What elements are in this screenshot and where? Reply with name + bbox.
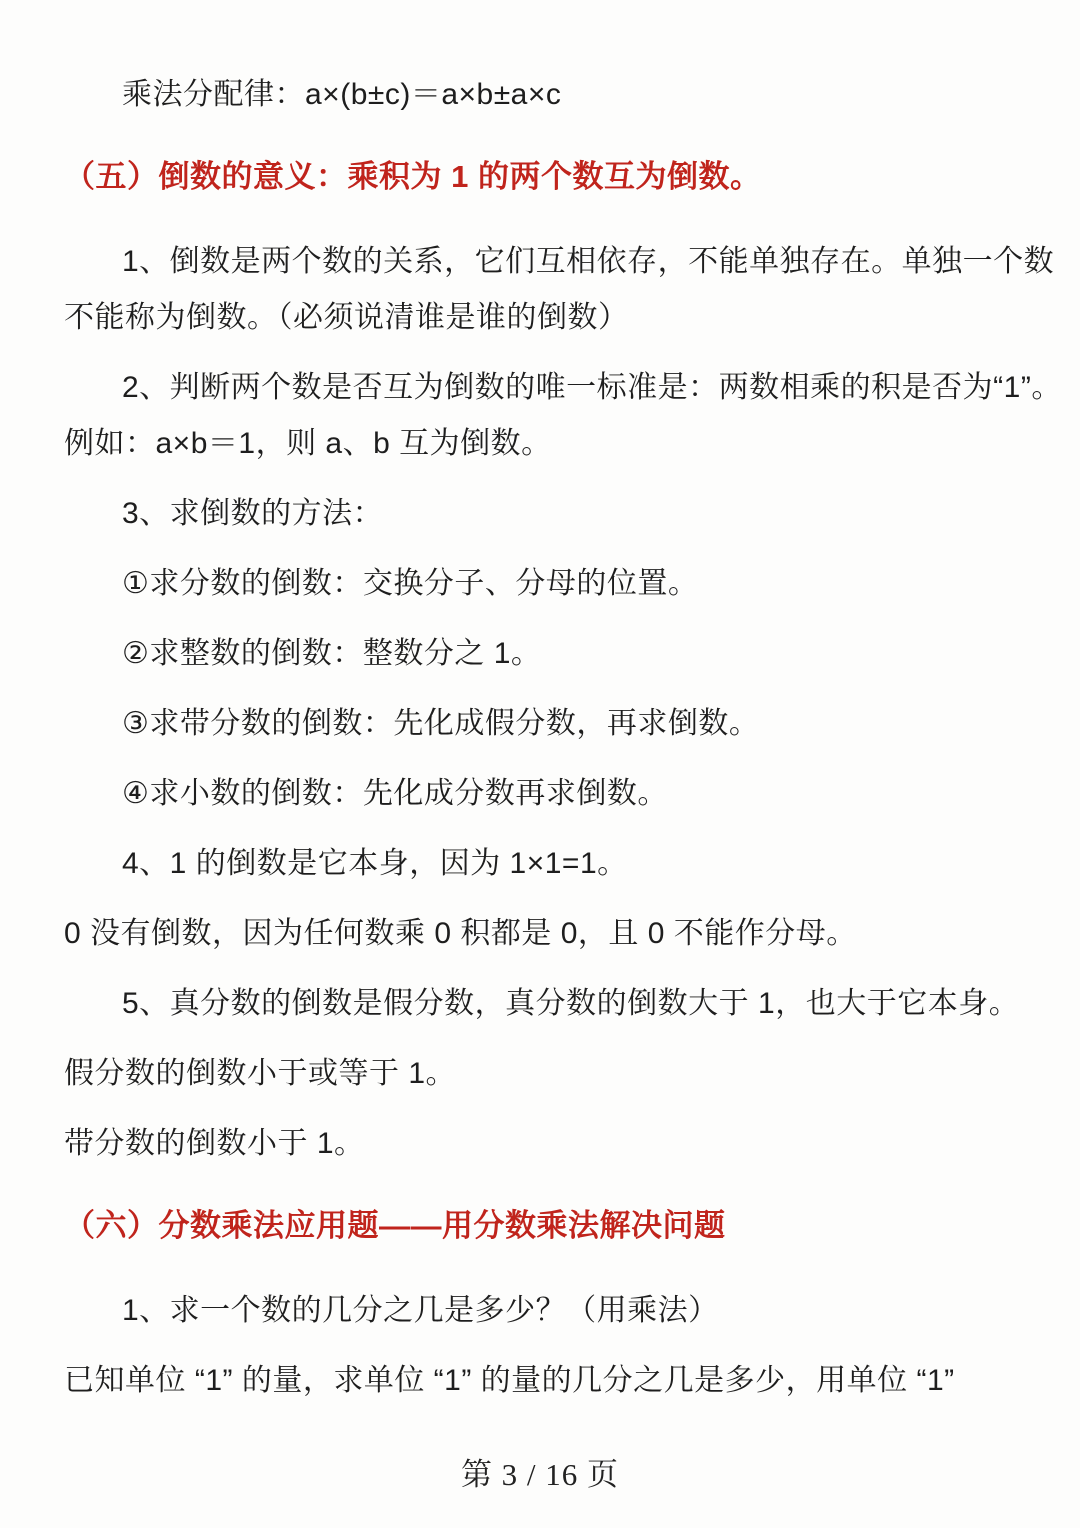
text-line: ②求整数的倒数：整数分之 1。: [64, 637, 541, 671]
text-line: 已知单位 “1” 的量，求单位 “1” 的量的几分之几是多少，用单位 “1”: [64, 1364, 955, 1398]
text-line: 乘法分配律：a×(b±c)＝a×b±a×c: [64, 78, 561, 112]
text-line: 2、判断两个数是否互为倒数的唯一标准是：两数相乘的积是否为“1”。: [64, 371, 1062, 405]
text-line: 3、求倒数的方法：: [64, 497, 383, 531]
document-body: 乘法分配律：a×(b±c)＝a×b±a×c（五）倒数的意义：乘积为 1 的两个数…: [64, 42, 1016, 1398]
text-line: 5、真分数的倒数是假分数，真分数的倒数大于 1，也大于它本身。: [64, 987, 1019, 1021]
text-line: 4、1 的倒数是它本身，因为 1×1=1。: [64, 847, 628, 881]
page-number: 第 3 / 16 页: [64, 1449, 1016, 1494]
text-line: 不能称为倒数。（必须说清谁是谁的倒数）: [64, 301, 629, 335]
text-line: ④求小数的倒数：先化成分数再求倒数。: [64, 777, 668, 811]
text-line: 假分数的倒数小于或等于 1。: [64, 1057, 456, 1091]
document-page: 乘法分配律：a×(b±c)＝a×b±a×c（五）倒数的意义：乘积为 1 的两个数…: [0, 0, 1080, 1528]
section-heading: （六）分数乘法应用题——用分数乘法解决问题: [64, 1209, 726, 1243]
text-line: 例如：a×b＝1，则 a、b 互为倒数。: [64, 427, 552, 461]
text-line: 1、求一个数的几分之几是多少？（用乘法）: [64, 1294, 719, 1328]
text-line: ③求带分数的倒数：先化成假分数，再求倒数。: [64, 707, 759, 741]
text-line: 1、倒数是两个数的关系，它们互相依存，不能单独存在。单独一个数: [64, 245, 1054, 279]
text-line: 带分数的倒数小于 1。: [64, 1127, 365, 1161]
text-line: 0 没有倒数，因为任何数乘 0 积都是 0，且 0 不能作分母。: [64, 917, 857, 951]
section-heading: （五）倒数的意义：乘积为 1 的两个数互为倒数。: [64, 160, 761, 194]
text-line: ①求分数的倒数：交换分子、分母的位置。: [64, 567, 698, 601]
